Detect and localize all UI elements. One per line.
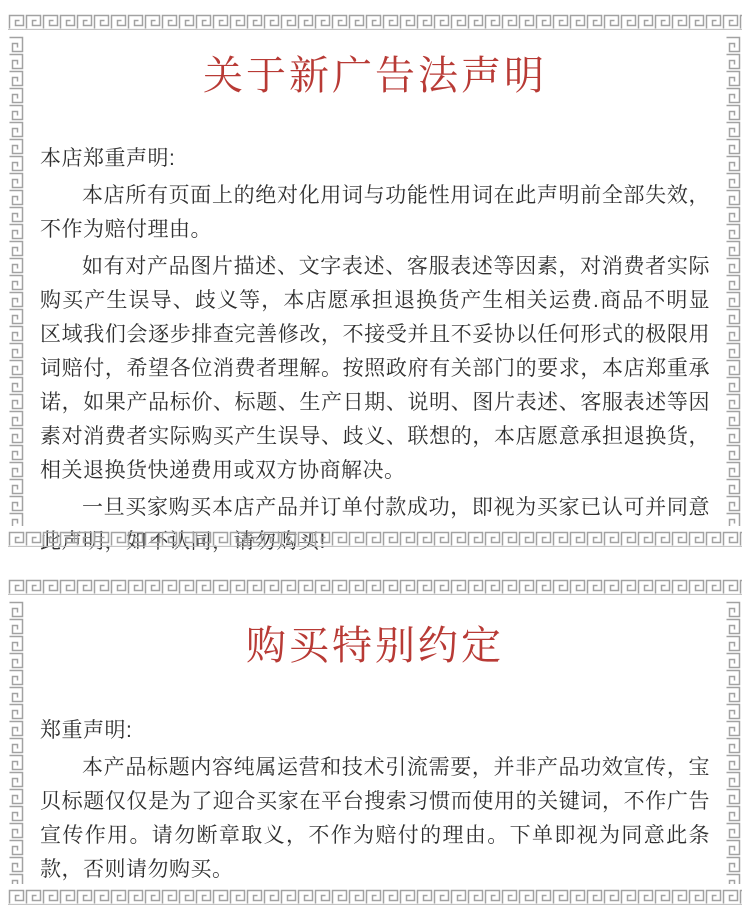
- purchase-agreement-panel: 购买特别约定 郑重声明: 本产品标题内容纯属运营和技术引流需要，并非产品功效宣传…: [0, 572, 750, 915]
- panel1-body: 本店郑重声明: 本店所有页面上的绝对化用词与功能性用词在此声明前全部失效，不作为…: [40, 142, 710, 559]
- statement-line: 郑重声明:: [40, 714, 710, 748]
- greek-key-border-right: [725, 36, 742, 526]
- greek-key-border-top: [8, 13, 742, 30]
- greek-key-border-bottom: [8, 530, 742, 547]
- greek-key-border-left: [8, 36, 25, 526]
- greek-key-border-right: [725, 601, 742, 884]
- statement-line: 本店所有页面上的绝对化用词与功能性用词在此声明前全部失效，不作为赔付理由。: [40, 179, 710, 247]
- advertising-law-notice-panel: 关于新广告法声明 本店郑重声明: 本店所有页面上的绝对化用词与功能性用词在此声明…: [0, 0, 750, 556]
- statement-line: 如有对产品图片描述、文字表述、客服表述等因素，对消费者实际购买产生误导、歧义等，…: [40, 250, 710, 488]
- greek-key-border-top: [8, 578, 742, 595]
- statement-line: 本店郑重声明:: [40, 142, 710, 176]
- statement-line: 本产品标题内容纯属运营和技术引流需要，并非产品功效宣传，宝贝标题仅仅是为了迎合买…: [40, 751, 710, 887]
- greek-key-border-bottom: [8, 888, 742, 905]
- panel2-body: 郑重声明: 本产品标题内容纯属运营和技术引流需要，并非产品功效宣传，宝贝标题仅仅…: [40, 714, 710, 887]
- statement-line: 一旦买家购买本店产品并订单付款成功，即视为买家已认可并同意此声明，如不认同，请勿…: [40, 491, 710, 559]
- greek-key-border-left: [8, 601, 25, 884]
